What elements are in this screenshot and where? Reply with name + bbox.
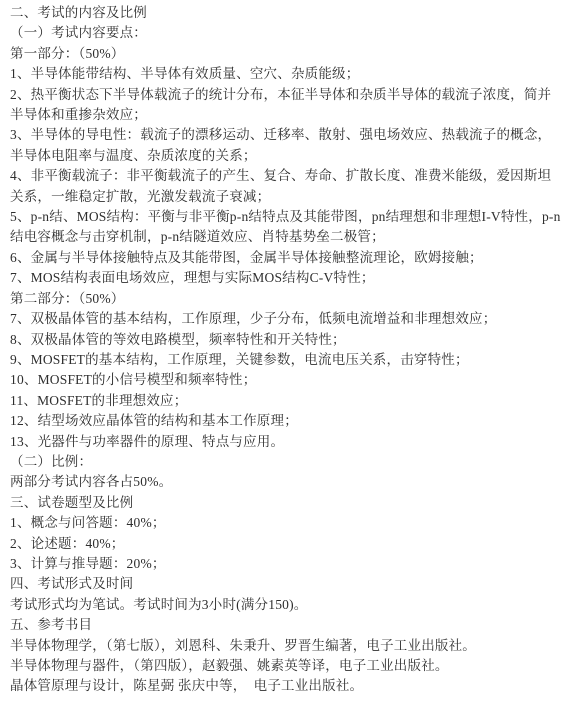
document-line: 7、MOS结构表面电场效应，理想与实际MOS结构C-V特性； <box>10 268 561 288</box>
document-line: 两部分考试内容各占50%。 <box>10 472 561 492</box>
document-line: 9、MOSFET的基本结构，工作原理，关键参数，电流电压关系，击穿特性； <box>10 350 561 370</box>
document-line: 三、试卷题型及比例 <box>10 493 561 513</box>
document-line: 10、MOSFET的小信号模型和频率特性； <box>10 370 561 390</box>
document-line: 7、双极晶体管的基本结构，工作原理，少子分布，低频电流增益和非理想效应； <box>10 309 561 329</box>
document-line: （一）考试内容要点： <box>10 23 561 43</box>
document-line: 12、结型场效应晶体管的结构和基本工作原理； <box>10 411 561 431</box>
document-line: 关系，一维稳定扩散，光激发载流子衰减； <box>10 187 561 207</box>
document-line: 考试形式均为笔试。考试时间为3小时(满分150)。 <box>10 595 561 615</box>
document-line: 4、非平衡载流子：非平衡载流子的产生、复合、寿命、扩散长度、准费米能级，爱因斯坦 <box>10 166 561 186</box>
document-line: 晶体管原理与设计，陈星弼 张庆中等， 电子工业出版社。 <box>10 676 561 696</box>
document-line: 1、概念与问答题：40%； <box>10 513 561 533</box>
document-line: 2、热平衡状态下半导体载流子的统计分布，本征半导体和杂质半导体的载流子浓度，简并 <box>10 85 561 105</box>
exam-syllabus-document: 二、考试的内容及比例（一）考试内容要点：第一部分：（50%）1、半导体能带结构、… <box>0 0 569 702</box>
document-body: 二、考试的内容及比例（一）考试内容要点：第一部分：（50%）1、半导体能带结构、… <box>10 3 561 702</box>
document-line: 2、论述题：40%； <box>10 534 561 554</box>
document-line: 8、双极晶体管的等效电路模型，频率特性和开关特性； <box>10 330 561 350</box>
document-line: 半导体电阻率与温度、杂质浓度的关系； <box>10 146 561 166</box>
document-line: 半导体物理与器件，（第四版），赵毅强、姚素英等译，电子工业出版社。 <box>10 656 561 676</box>
document-line: 11、MOSFET的非理想效应； <box>10 391 561 411</box>
document-line: 5、p-n结、MOS结构：平衡与非平衡p-n结特点及其能带图，pn结理想和非理想… <box>10 207 561 227</box>
document-line: 3、半导体的导电性：载流子的漂移运动、迁移率、散射、强电场效应、热载流子的概念， <box>10 125 561 145</box>
document-line: 13、光器件与功率器件的原理、特点与应用。 <box>10 432 561 452</box>
document-line: 1、半导体能带结构、半导体有效质量、空穴、杂质能级； <box>10 64 561 84</box>
document-line: 二、考试的内容及比例 <box>10 3 561 23</box>
document-line: 第一部分：（50%） <box>10 44 561 64</box>
document-line: 半导体物理学，（第七版），刘恩科、朱秉升、罗晋生编著，电子工业出版社。 <box>10 636 561 656</box>
document-line: 第二部分：（50%） <box>10 289 561 309</box>
document-line: （二）比例： <box>10 452 561 472</box>
document-line: 半导体和重掺杂效应； <box>10 105 561 125</box>
document-line: 四、考试形式及时间 <box>10 574 561 594</box>
document-line: 6、金属与半导体接触特点及其能带图，金属半导体接触整流理论，欧姆接触； <box>10 248 561 268</box>
document-line: 3、计算与推导题：20%； <box>10 554 561 574</box>
document-line: 五、参考书目 <box>10 615 561 635</box>
document-line: 结电容概念与击穿机制，p-n结隧道效应、肖特基势垒二极管； <box>10 227 561 247</box>
